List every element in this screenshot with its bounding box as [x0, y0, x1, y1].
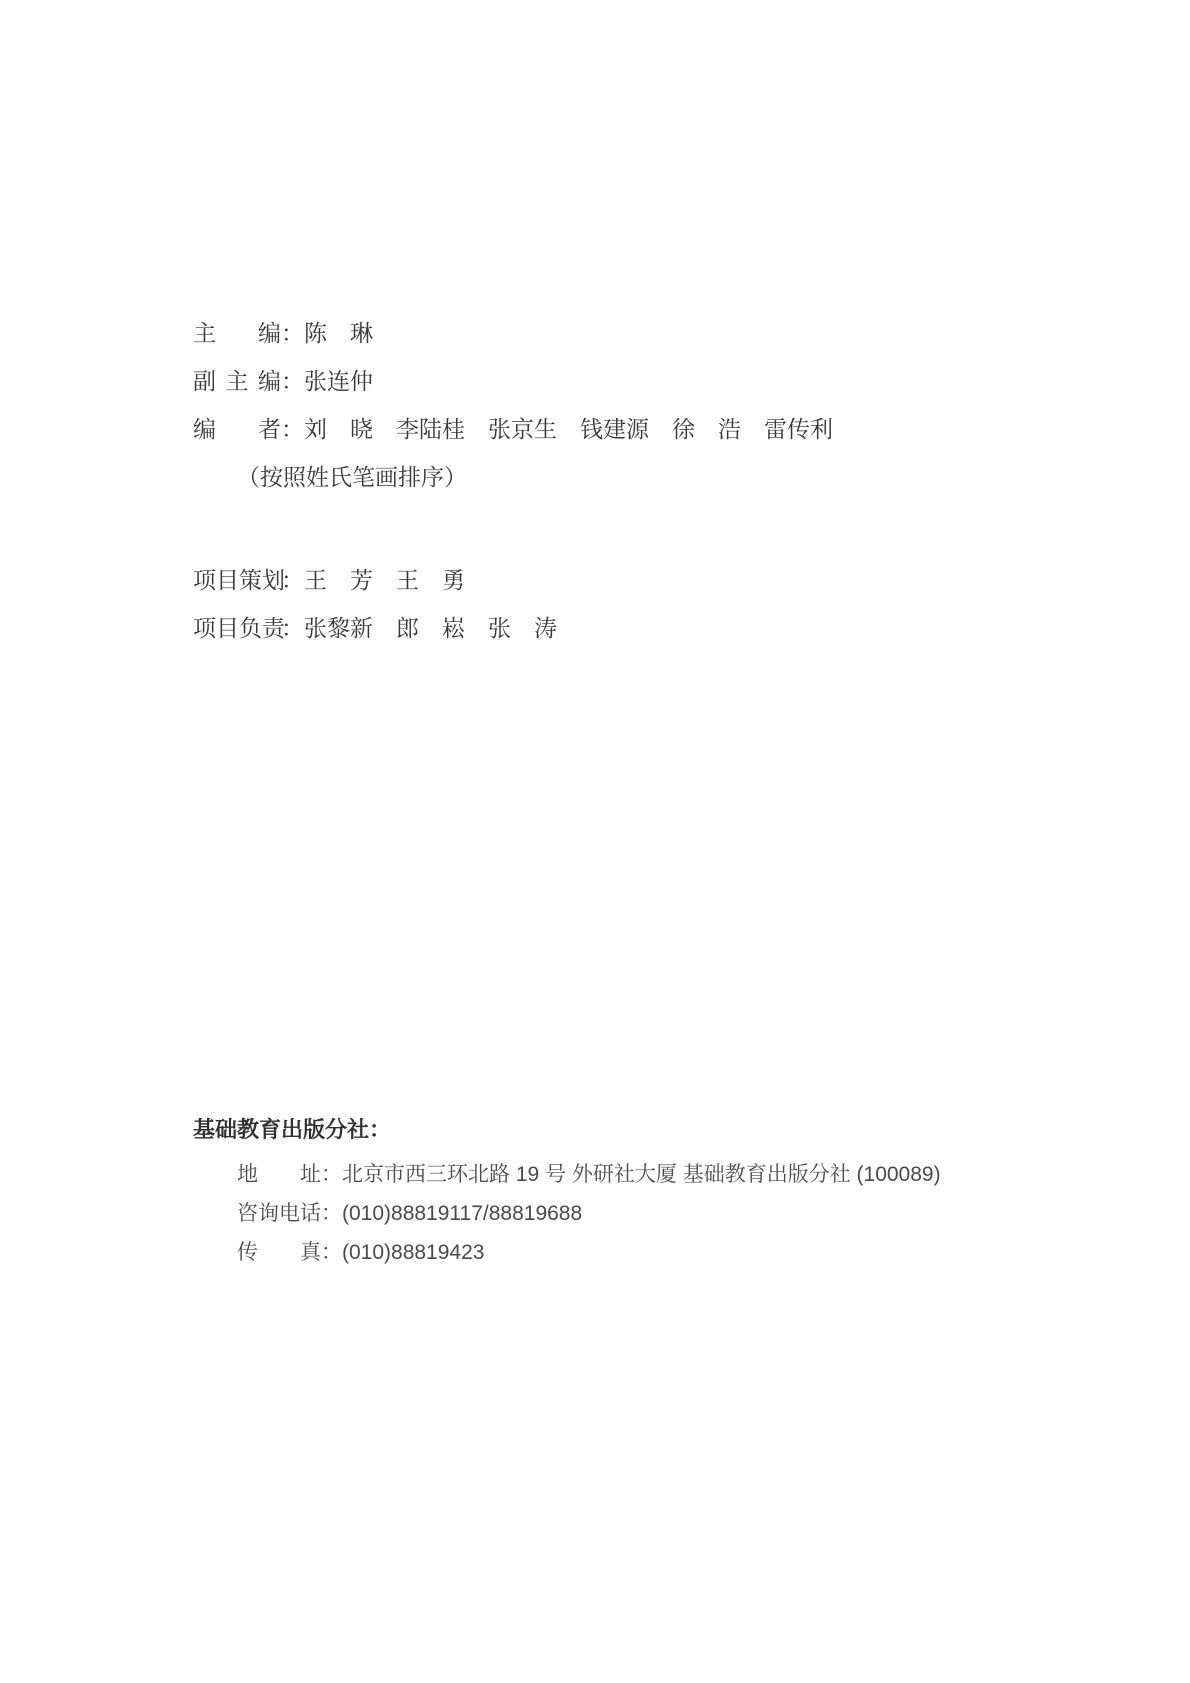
address-row: 地址：北京市西三环北路 19 号 外研社大厦 基础教育出版分社 (100089) [237, 1155, 941, 1194]
deputy-editor-label: 副主编 [193, 357, 281, 405]
phone-label: 咨询电话 [237, 1194, 321, 1233]
credits-block: 主编：陈 琳 副主编：张连仲 编者：刘 晓 李陆桂 张京生 钱建源 徐 浩 雷传… [193, 309, 833, 501]
project-lead-row: 项目负责：张黎新 郎 崧 张 涛 [193, 604, 557, 652]
editors-row: 编者：刘 晓 李陆桂 张京生 钱建源 徐 浩 雷传利 [193, 405, 833, 453]
address-value: 北京市西三环北路 19 号 外研社大厦 基础教育出版分社 (100089) [342, 1163, 941, 1186]
fax-row: 传真：(010)88819423 [237, 1233, 941, 1272]
surname-stroke-order-note: （按照姓氏笔画排序） [237, 453, 833, 501]
editors-label: 编者 [193, 405, 281, 453]
colon: ： [321, 1233, 342, 1272]
publisher-division-heading: 基础教育出版分社： [193, 1117, 391, 1143]
colon: ： [281, 556, 304, 604]
colon: ： [281, 309, 304, 357]
chief-editor-label: 主编 [193, 309, 281, 357]
colon: ： [321, 1155, 342, 1194]
colon: ： [281, 357, 304, 405]
project-block: 项目策划：王 芳 王 勇 项目负责：张黎新 郎 崧 张 涛 [193, 556, 557, 652]
address-label: 地址 [237, 1155, 321, 1194]
fax-value: (010)88819423 [342, 1241, 484, 1264]
deputy-editor-name: 张连仲 [304, 368, 373, 394]
phone-row: 咨询电话：(010)88819117/88819688 [237, 1194, 941, 1233]
colon: ： [281, 604, 304, 652]
phone-value: (010)88819117/88819688 [342, 1202, 582, 1225]
editors-names: 刘 晓 李陆桂 张京生 钱建源 徐 浩 雷传利 [304, 416, 833, 442]
project-lead-label: 项目负责 [193, 604, 281, 652]
publisher-contact-block: 地址：北京市西三环北路 19 号 外研社大厦 基础教育出版分社 (100089)… [237, 1155, 941, 1272]
deputy-editor-row: 副主编：张连仲 [193, 357, 833, 405]
colon: ： [321, 1194, 342, 1233]
document-page: 主编：陈 琳 副主编：张连仲 编者：刘 晓 李陆桂 张京生 钱建源 徐 浩 雷传… [0, 0, 1190, 1683]
fax-label: 传真 [237, 1233, 321, 1272]
project-planning-label: 项目策划 [193, 556, 281, 604]
project-planning-row: 项目策划：王 芳 王 勇 [193, 556, 557, 604]
chief-editor-name: 陈 琳 [304, 320, 373, 346]
project-lead-names: 张黎新 郎 崧 张 涛 [304, 615, 557, 641]
chief-editor-row: 主编：陈 琳 [193, 309, 833, 357]
colon: ： [281, 405, 304, 453]
project-planning-names: 王 芳 王 勇 [304, 567, 465, 593]
